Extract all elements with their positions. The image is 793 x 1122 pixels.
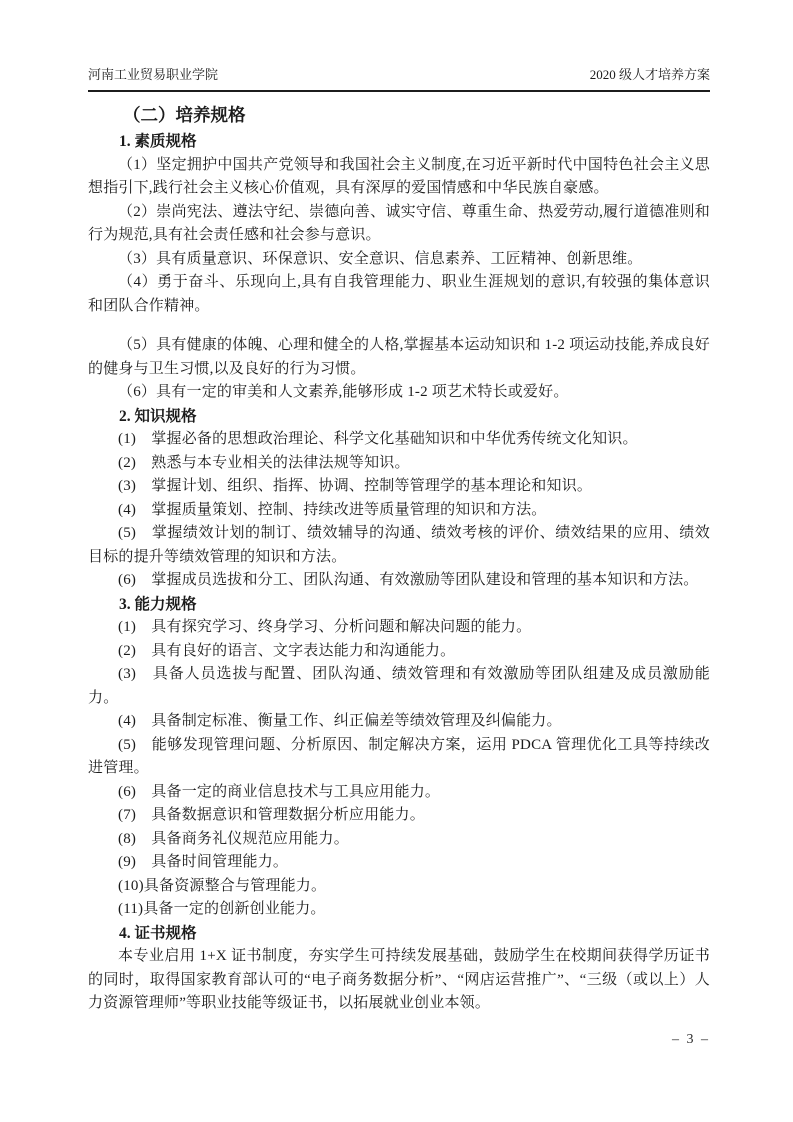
- list-item: （5）具有健康的体魄、心理和健全的人格,掌握基本运动知识和 1-2 项运动技能,…: [88, 334, 710, 381]
- list-item: （2）崇尚宪法、遵法守纪、崇德向善、诚实守信、尊重生命、热爱劳动,履行道德准则和…: [88, 201, 710, 248]
- header-doc-title: 2020 级人才培养方案: [590, 66, 710, 84]
- list-item: (5) 掌握绩效计划的制订、绩效辅导的沟通、绩效考核的评价、绩效结果的应用、绩效…: [88, 522, 710, 569]
- list-item: (7) 具备数据意识和管理数据分析应用能力。: [88, 804, 710, 828]
- list-item: (6) 掌握成员选拔和分工、团队沟通、有效激励等团队建设和管理的基本知识和方法。: [88, 569, 710, 593]
- list-item: （4）勇于奋斗、乐现向上,具有自我管理能力、职业生涯规划的意识,有较强的集体意识…: [88, 271, 710, 318]
- subsection-heading-knowledge: 2. 知识规格: [88, 405, 710, 429]
- list-item: (3) 具备人员选拔与配置、团队沟通、绩效管理和有效激励等团队组建及成员激励能力…: [88, 663, 710, 710]
- list-item: (6) 具备一定的商业信息技术与工具应用能力。: [88, 781, 710, 805]
- document-page: 河南工业贸易职业学院 2020 级人才培养方案 （二）培养规格 1. 素质规格 …: [0, 0, 793, 1122]
- section-title: （二）培养规格: [88, 102, 710, 128]
- list-item: (10)具备资源整合与管理能力。: [88, 875, 710, 899]
- subsection-heading-certificate: 4. 证书规格: [88, 922, 710, 946]
- list-item: (1) 具有探究学习、终身学习、分析问题和解决问题的能力。: [88, 616, 710, 640]
- header-school-name: 河南工业贸易职业学院: [88, 66, 218, 84]
- list-item: (4) 掌握质量策划、控制、持续改进等质量管理的知识和方法。: [88, 499, 710, 523]
- page-number: – 3 –: [672, 1032, 710, 1048]
- list-item: (2) 具有良好的语言、文字表达能力和沟通能力。: [88, 640, 710, 664]
- list-item: （3）具有质量意识、环保意识、安全意识、信息素养、工匠精神、创新思维。: [88, 248, 710, 272]
- header-rule: [88, 90, 710, 92]
- list-item: (5) 能够发现管理问题、分析原因、制定解决方案，运用 PDCA 管理优化工具等…: [88, 734, 710, 781]
- list-item: (1) 掌握必备的思想政治理论、科学文化基础知识和中华优秀传统文化知识。: [88, 428, 710, 452]
- page-header: 河南工业贸易职业学院 2020 级人才培养方案: [88, 66, 710, 90]
- certificate-paragraph: 本专业启用 1+X 证书制度，夯实学生可持续发展基础，鼓励学生在校期间获得学历证…: [88, 945, 710, 1016]
- list-item: (2) 熟悉与本专业相关的法律法规等知识。: [88, 452, 710, 476]
- list-item: (11)具备一定的创新创业能力。: [88, 898, 710, 922]
- list-item: （1）坚定拥护中国共产党领导和我国社会主义制度,在习近平新时代中国特色社会主义思…: [88, 154, 710, 201]
- list-item: (4) 具备制定标准、衡量工作、纠正偏差等绩效管理及纠偏能力。: [88, 710, 710, 734]
- list-item: （6）具有一定的审美和人文素养,能够形成 1-2 项艺术特长或爱好。: [88, 381, 710, 405]
- list-item: (3) 掌握计划、组织、指挥、协调、控制等管理学的基本理论和知识。: [88, 475, 710, 499]
- list-item: (8) 具备商务礼仪规范应用能力。: [88, 828, 710, 852]
- list-item: (9) 具备时间管理能力。: [88, 851, 710, 875]
- subsection-heading-quality: 1. 素质规格: [88, 130, 710, 154]
- subsection-heading-ability: 3. 能力规格: [88, 593, 710, 617]
